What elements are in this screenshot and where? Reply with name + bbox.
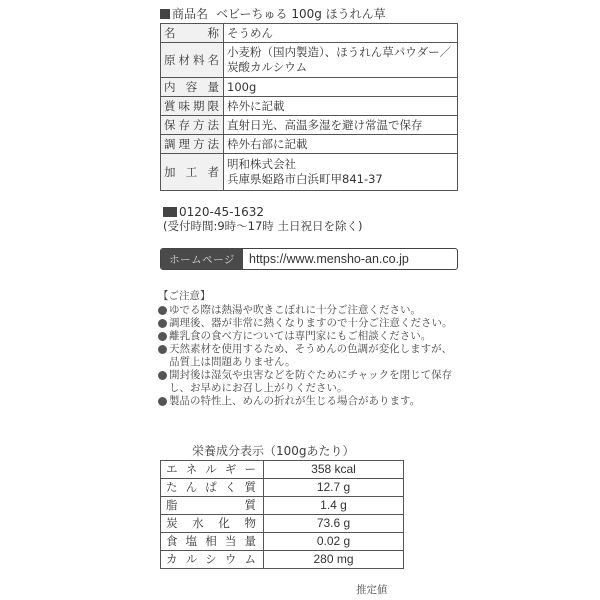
nutrient-value: 358 kcal <box>264 461 404 479</box>
note-item: 天然素材を使用するため、そうめんの色調が変化しますが、品質上は問題ありません。 <box>158 343 458 369</box>
nutrition-title: 栄養成分表示（100gあたり） <box>192 442 355 459</box>
notes-title: 【ご注意】 <box>158 290 458 303</box>
info-row: 原材料名 小麦粉（国内製造）、ほうれん草パウダー／炭酸カルシウム <box>161 43 458 78</box>
note-item: 開封後は湿気や虫害などを防ぐためにチャックを閉じて保存し、お早めにお召し上がりく… <box>158 369 458 395</box>
info-value: 小麦粉（国内製造）、ほうれん草パウダー／炭酸カルシウム <box>224 43 458 78</box>
info-key: 保存方法 <box>161 116 224 135</box>
info-row: 保存方法 直射日光、高温多湿を避け常温で保存 <box>161 116 458 135</box>
note-item: 離乳食の食べ方については専門家にもご相談ください。 <box>158 330 458 343</box>
info-row: 加工者 明和株式会社 兵庫県姫路市白浜町甲841-37 <box>161 154 458 191</box>
nutrition-row: カルシウム 280 mg <box>161 551 404 569</box>
maker-name: 明和株式会社 <box>227 157 454 172</box>
nutrition-row: 炭水化物 73.6 g <box>161 515 404 533</box>
nutrient-name: 食塩相当量 <box>161 533 264 551</box>
note-item: 調理後、器が非常に熱くなりますので十分ご注意ください。 <box>158 317 458 330</box>
maker-address: 兵庫県姫路市白浜町甲841-37 <box>227 172 454 187</box>
nutrition-row: エネルギー 358 kcal <box>161 461 404 479</box>
nutrient-name: たんぱく質 <box>161 479 264 497</box>
info-key: 内容量 <box>161 78 224 97</box>
note-item: ゆでる際は熱湯や吹きこぼれに十分ご注意ください。 <box>158 304 458 317</box>
bullet-icon <box>158 332 167 341</box>
bullet-icon <box>158 345 167 354</box>
estimate-footnote: 推定値 <box>356 582 388 597</box>
caution-notes: 【ご注意】 ゆでる際は熱湯や吹きこぼれに十分ご注意ください。 調理後、器が非常に… <box>158 290 458 408</box>
nutrient-name: エネルギー <box>161 461 264 479</box>
nutrition-row: 食塩相当量 0.02 g <box>161 533 404 551</box>
bullet-icon <box>158 319 167 328</box>
nutrient-value: 0.02 g <box>264 533 404 551</box>
product-title-key: 商品名 <box>172 5 208 22</box>
info-row: 賞味期限 枠外に記載 <box>161 97 458 116</box>
info-row: 内容量 100g <box>161 78 458 97</box>
product-title: 商品名 ベビーちゅる 100g ほうれん草 <box>160 5 386 22</box>
bullet-icon <box>158 371 167 380</box>
info-row: 名称 そうめん <box>161 24 458 43</box>
nutrition-table: エネルギー 358 kcal たんぱく質 12.7 g 脂質 1.4 g 炭水化… <box>160 460 404 569</box>
nutrient-name: 脂質 <box>161 497 264 515</box>
bullet-icon <box>158 306 167 315</box>
nutrition-row: たんぱく質 12.7 g <box>161 479 404 497</box>
nutrition-row: 脂質 1.4 g <box>161 497 404 515</box>
info-key: 調理方法 <box>161 135 224 154</box>
info-value: 枠外に記載 <box>224 97 458 116</box>
nutrient-name: 炭水化物 <box>161 515 264 533</box>
info-key: 原材料名 <box>161 43 224 78</box>
contact-hours: (受付時間:9時～17時 土日祝日を除く) <box>163 219 362 233</box>
contact-block: 0120-45-1632 (受付時間:9時～17時 土日祝日を除く) <box>163 205 362 233</box>
nutrient-value: 12.7 g <box>264 479 404 497</box>
info-row: 調理方法 枠外右部に記載 <box>161 135 458 154</box>
square-marker-icon <box>160 9 170 19</box>
product-info-table: 名称 そうめん 原材料名 小麦粉（国内製造）、ほうれん草パウダー／炭酸カルシウム… <box>160 23 458 191</box>
note-item: 製品の特性上、めんの折れが生じる場合があります。 <box>158 395 458 408</box>
homepage-box: ホームページ https://www.mensho-an.co.jp <box>160 248 458 270</box>
homepage-url[interactable]: https://www.mensho-an.co.jp <box>243 249 457 269</box>
info-value: 直射日光、高温多湿を避け常温で保存 <box>224 116 458 135</box>
nutrient-value: 1.4 g <box>264 497 404 515</box>
phone-number: 0120-45-1632 <box>179 205 264 219</box>
info-value: 100g <box>224 78 458 97</box>
info-value: 明和株式会社 兵庫県姫路市白浜町甲841-37 <box>224 154 458 191</box>
info-key: 加工者 <box>161 154 224 191</box>
product-title-value: ベビーちゅる 100g ほうれん草 <box>216 5 386 22</box>
nutrient-value: 280 mg <box>264 551 404 569</box>
free-dial-icon <box>163 207 177 217</box>
info-key: 名称 <box>161 24 224 43</box>
nutrient-name: カルシウム <box>161 551 264 569</box>
bullet-icon <box>158 397 167 406</box>
nutrient-value: 73.6 g <box>264 515 404 533</box>
info-value: そうめん <box>224 24 458 43</box>
homepage-label: ホームページ <box>161 249 243 269</box>
info-key: 賞味期限 <box>161 97 224 116</box>
info-value: 枠外右部に記載 <box>224 135 458 154</box>
